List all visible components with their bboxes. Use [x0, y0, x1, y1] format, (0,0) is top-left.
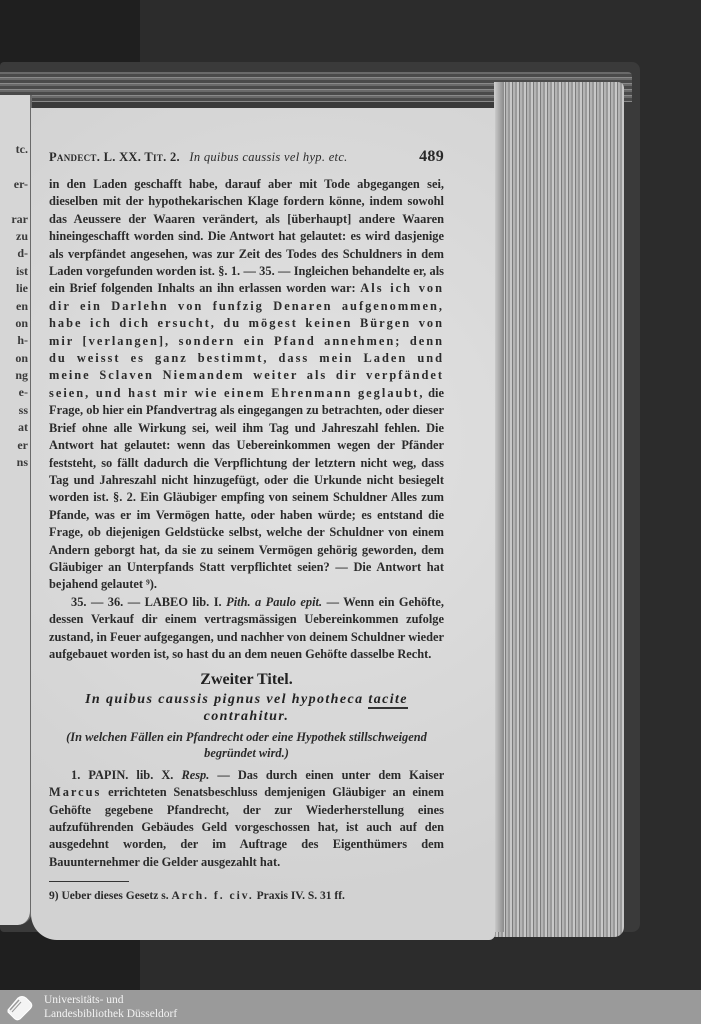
fragment: on: [0, 315, 28, 332]
paragraph-text: in den Laden geschafft habe, darauf aber…: [49, 177, 444, 295]
footnote: 9) Ueber dieses Gesetz s. Arch. f. civ. …: [49, 888, 444, 905]
latin-title-underlined: tacite: [368, 692, 408, 709]
fragment: tc.: [0, 141, 28, 158]
section-title: Zweiter Titel.: [49, 671, 444, 688]
running-head-title: In quibus caussis vel hyp. etc.: [189, 150, 347, 164]
book-logo-icon: [4, 992, 34, 1022]
quoted-letter: Als ich von dir ein Darlehn von funfzig …: [49, 281, 444, 399]
footnote-end: Praxis IV. S. 31 ff.: [257, 890, 345, 902]
paragraph-text: — Das durch einen unter dem Kaiser: [217, 768, 444, 782]
fragment: en: [0, 298, 28, 315]
page-content: Pandect. L. XX. Tit. 2. In quibus caussi…: [49, 148, 444, 906]
section-german-subtitle: (In welchen Fällen ein Pfandrecht oder e…: [61, 729, 432, 761]
paragraph-text: errichteten Senatsbeschluss demjenigen G…: [49, 785, 444, 869]
fragment: ist: [0, 263, 28, 280]
banner-text: Universitäts- und Landesbibliothek Düsse…: [44, 993, 177, 1021]
fragment: er: [0, 437, 28, 454]
fragment: ng: [0, 367, 28, 384]
footnote-spaced: Arch. f. civ.: [171, 890, 253, 902]
paragraph: in den Laden geschafft habe, darauf aber…: [49, 176, 444, 594]
fragment: zu: [0, 228, 28, 245]
fragment: [0, 193, 28, 210]
page-stack-cap: [494, 82, 504, 932]
footnote-marker: 9): [49, 890, 59, 902]
library-banner: Universitäts- und Landesbibliothek Düsse…: [0, 990, 701, 1024]
fragment: h-: [0, 332, 28, 349]
left-page-fragments: tc. er- rar zu d- ist lie en on h- on ng…: [0, 95, 30, 471]
page-number: 489: [419, 148, 444, 166]
running-head: Pandect. L. XX. Tit. 2. In quibus caussi…: [49, 148, 444, 166]
labeo-paragraph: 35. — 36. — LABEO lib. I. Pith. a Paulo …: [49, 594, 444, 664]
spaced-name: Marcus: [49, 785, 101, 799]
paragraph-text: die Frage, ob hier ein Pfandvertrag als …: [49, 386, 444, 591]
fragment: ss: [0, 402, 28, 419]
fragment: at: [0, 419, 28, 436]
footnote-text: Ueber dieses Gesetz s.: [61, 890, 168, 902]
citation-italic: Pith. a Paulo epit.: [226, 595, 322, 609]
book-page: Pandect. L. XX. Tit. 2. In quibus caussi…: [31, 108, 495, 940]
footnote-rule: [49, 881, 129, 882]
fragment: [0, 158, 28, 175]
body-text: in den Laden geschafft habe, darauf aber…: [49, 176, 444, 906]
section-latin-title: In quibus caussis pignus vel hypotheca t…: [49, 691, 444, 725]
fragment: ns: [0, 454, 28, 471]
citation-ref: 35. — 36. — LABEO lib. I.: [71, 595, 222, 609]
fragment: rar: [0, 211, 28, 228]
latin-title-main: In quibus caussis pignus vel hypotheca: [85, 692, 363, 707]
citation-ref: 1. PAPIN. lib. X.: [71, 768, 173, 782]
papin-paragraph: 1. PAPIN. lib. X. Resp. — Das durch eine…: [49, 767, 444, 871]
left-page: tc. er- rar zu d- ist lie en on h- on ng…: [0, 95, 32, 925]
latin-title-end: contrahitur.: [204, 709, 290, 724]
fragment: lie: [0, 280, 28, 297]
page-stack-edge: [494, 82, 624, 937]
fragment: e-: [0, 384, 28, 401]
running-head-section: Pandect. L. XX. Tit. 2.: [49, 150, 180, 164]
fragment: on: [0, 350, 28, 367]
running-head-left: Pandect. L. XX. Tit. 2. In quibus caussi…: [49, 150, 348, 165]
fragment: d-: [0, 245, 28, 262]
fragment: er-: [0, 176, 28, 193]
banner-line-1: Universitäts- und: [44, 993, 177, 1007]
banner-line-2: Landesbibliothek Düsseldorf: [44, 1007, 177, 1021]
citation-italic: Resp.: [181, 768, 209, 782]
